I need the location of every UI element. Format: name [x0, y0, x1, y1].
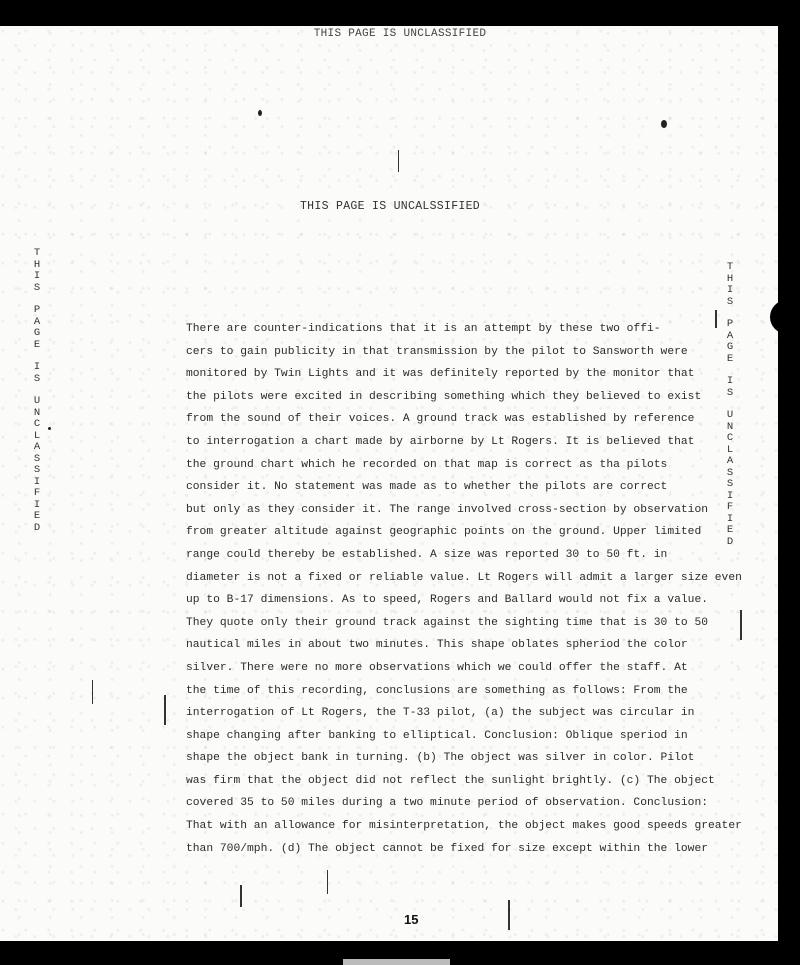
body-line: consider it. No statement was made as to… — [186, 476, 658, 499]
scan-artifact — [398, 150, 399, 172]
body-line: cers to gain publicity in that transmiss… — [186, 341, 658, 364]
body-line: That with an allowance for misinterpreta… — [186, 815, 658, 838]
scan-artifact — [240, 885, 242, 907]
ink-blot — [661, 120, 667, 128]
margin-letter: E — [30, 340, 44, 352]
margin-letter: D — [30, 523, 44, 535]
scan-artifact — [740, 610, 742, 640]
margin-letter: I — [30, 271, 44, 283]
margin-letter: E — [723, 354, 737, 366]
margin-letter: E — [723, 525, 737, 537]
body-line: to interrogation a chart made by airborn… — [186, 431, 658, 454]
classification-margin-right: THISPAGEISUNCLASSIFIED — [723, 262, 737, 548]
margin-letter: C — [723, 433, 737, 445]
body-line: interrogation of Lt Rogers, the T-33 pil… — [186, 702, 658, 725]
scan-artifact — [92, 680, 93, 704]
classification-title: THIS PAGE IS UNCALSSIFIED — [0, 200, 780, 213]
margin-letter: D — [723, 537, 737, 549]
scan-tab — [343, 959, 450, 965]
margin-letter: I — [723, 376, 737, 388]
ink-blot — [48, 427, 51, 430]
margin-letter: T — [723, 262, 737, 274]
body-line: shape changing after banking to elliptic… — [186, 725, 658, 748]
margin-letter: G — [723, 342, 737, 354]
margin-letter: E — [30, 511, 44, 523]
margin-letter: F — [30, 488, 44, 500]
body-line: silver. There were no more observations … — [186, 657, 658, 680]
ink-blot — [258, 110, 262, 116]
body-line: the time of this recording, conclusions … — [186, 680, 658, 703]
body-line: shape the object bank in turning. (b) Th… — [186, 747, 658, 770]
page-number: 15 — [404, 912, 418, 927]
margin-letter: S — [723, 297, 737, 309]
scan-artifact — [715, 310, 717, 328]
margin-letter: S — [723, 479, 737, 491]
body-line: than 700/mph. (d) The object cannot be f… — [186, 838, 658, 861]
body-line: range could thereby be established. A si… — [186, 544, 658, 567]
margin-letter: S — [30, 283, 44, 295]
margin-letter: P — [30, 305, 44, 317]
body-line: They quote only their ground track again… — [186, 612, 658, 635]
body-line: but only as they consider it. The range … — [186, 499, 658, 522]
margin-letter: S — [30, 465, 44, 477]
body-line: diameter is not a fixed or reliable valu… — [186, 567, 658, 590]
body-line: was firm that the object did not reflect… — [186, 770, 658, 793]
body-line: nautical miles in about two minutes. Thi… — [186, 634, 658, 657]
body-line: up to B-17 dimensions. As to speed, Roge… — [186, 589, 658, 612]
margin-letter: S — [723, 388, 737, 400]
body-line: the ground chart which he recorded on th… — [186, 454, 658, 477]
margin-letter: U — [723, 410, 737, 422]
classification-margin-left: THISPAGEISUNCLASSIFIED — [30, 248, 44, 534]
body-line: covered 35 to 50 miles during a two minu… — [186, 792, 658, 815]
scan-artifact — [327, 870, 328, 894]
margin-letter: I — [30, 362, 44, 374]
margin-letter: S — [30, 374, 44, 386]
body-line: from greater altitude against geographic… — [186, 521, 658, 544]
margin-letter: T — [30, 248, 44, 260]
margin-letter: C — [30, 419, 44, 431]
body-line: There are counter-indications that it is… — [186, 318, 658, 341]
scan-artifact — [164, 695, 166, 725]
margin-letter: P — [723, 319, 737, 331]
margin-letter: A — [723, 456, 737, 468]
scan-artifact — [508, 900, 510, 930]
body-line: from the sound of their voices. A ground… — [186, 408, 658, 431]
scan-notch — [770, 300, 800, 334]
margin-letter: F — [723, 502, 737, 514]
margin-letter: A — [30, 442, 44, 454]
margin-letter: I — [723, 285, 737, 297]
body-line: monitored by Twin Lights and it was defi… — [186, 363, 658, 386]
classification-header: THIS PAGE IS UNCLASSIFIED — [0, 28, 800, 40]
scan-border-right — [778, 0, 800, 965]
margin-letter: U — [30, 396, 44, 408]
document-body: There are counter-indications that it is… — [186, 318, 658, 860]
body-line: the pilots were excited in describing so… — [186, 386, 658, 409]
margin-letter: G — [30, 328, 44, 340]
